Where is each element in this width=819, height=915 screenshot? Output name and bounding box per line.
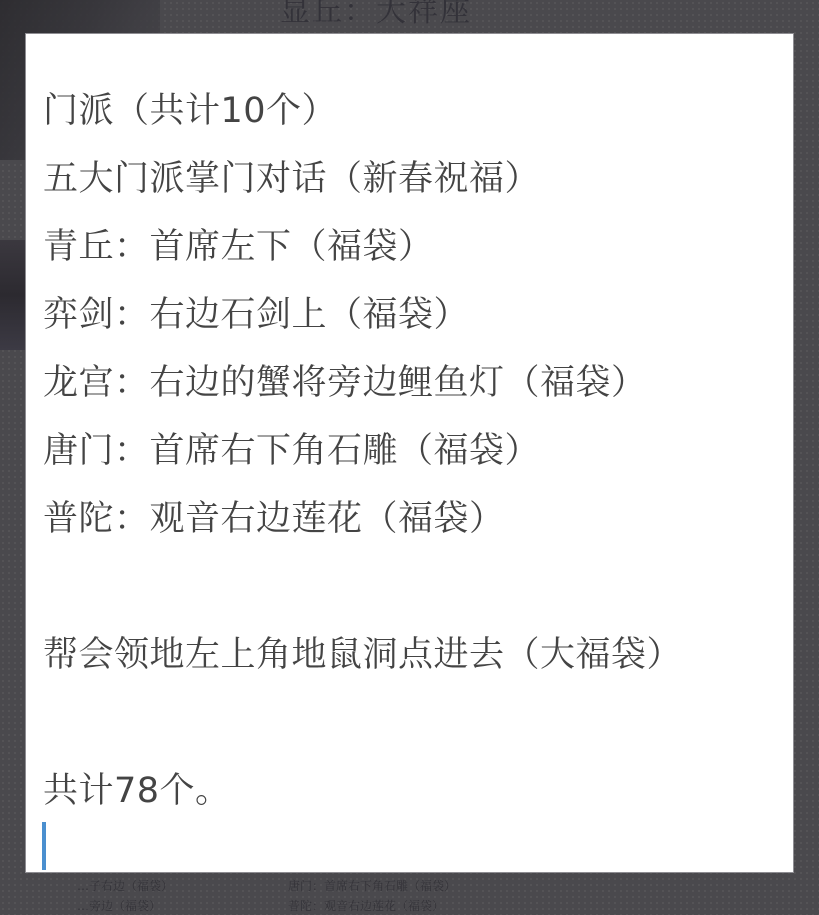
background-footer-text: 普陀：观音右边莲花（福袋）	[288, 896, 456, 915]
note-line-blank	[43, 553, 783, 621]
text-caret	[42, 822, 46, 870]
background-footer-text: …子右边（福袋）	[77, 876, 173, 896]
background-footer-text: 唐门：首席右下角石雕（福袋）	[288, 876, 456, 896]
note-line: 帮会领地左上角地鼠洞点进去（大福袋）	[43, 621, 783, 689]
background-title: 显丘：大祥座	[280, 0, 472, 30]
background-footer-left: …子右边（福袋） …旁边（福袋）	[77, 876, 173, 915]
note-text-area[interactable]: 门派（共计10个） 五大门派掌门对话（新春祝福） 青丘：首席左下（福袋） 弈剑：…	[43, 77, 783, 825]
note-line: 青丘：首席左下（福袋）	[43, 213, 783, 281]
background-footer-right: 唐门：首席右下角石雕（福袋） 普陀：观音右边莲花（福袋）	[288, 876, 456, 915]
note-line: 普陀：观音右边莲花（福袋）	[43, 485, 783, 553]
note-line: 五大门派掌门对话（新春祝福）	[43, 145, 783, 213]
background-footer-text: …旁边（福袋）	[77, 896, 173, 915]
note-line: 弈剑：右边石剑上（福袋）	[43, 281, 783, 349]
note-line: 唐门：首席右下角石雕（福袋）	[43, 417, 783, 485]
note-editor-panel[interactable]: 门派（共计10个） 五大门派掌门对话（新春祝福） 青丘：首席左下（福袋） 弈剑：…	[26, 34, 793, 872]
background-character-portrait	[0, 240, 26, 350]
note-line-blank	[43, 689, 783, 757]
note-line-heading: 门派（共计10个）	[43, 77, 783, 145]
note-line-total: 共计78个。	[43, 757, 783, 825]
note-line: 龙宫：右边的蟹将旁边鲤鱼灯（福袋）	[43, 349, 783, 417]
